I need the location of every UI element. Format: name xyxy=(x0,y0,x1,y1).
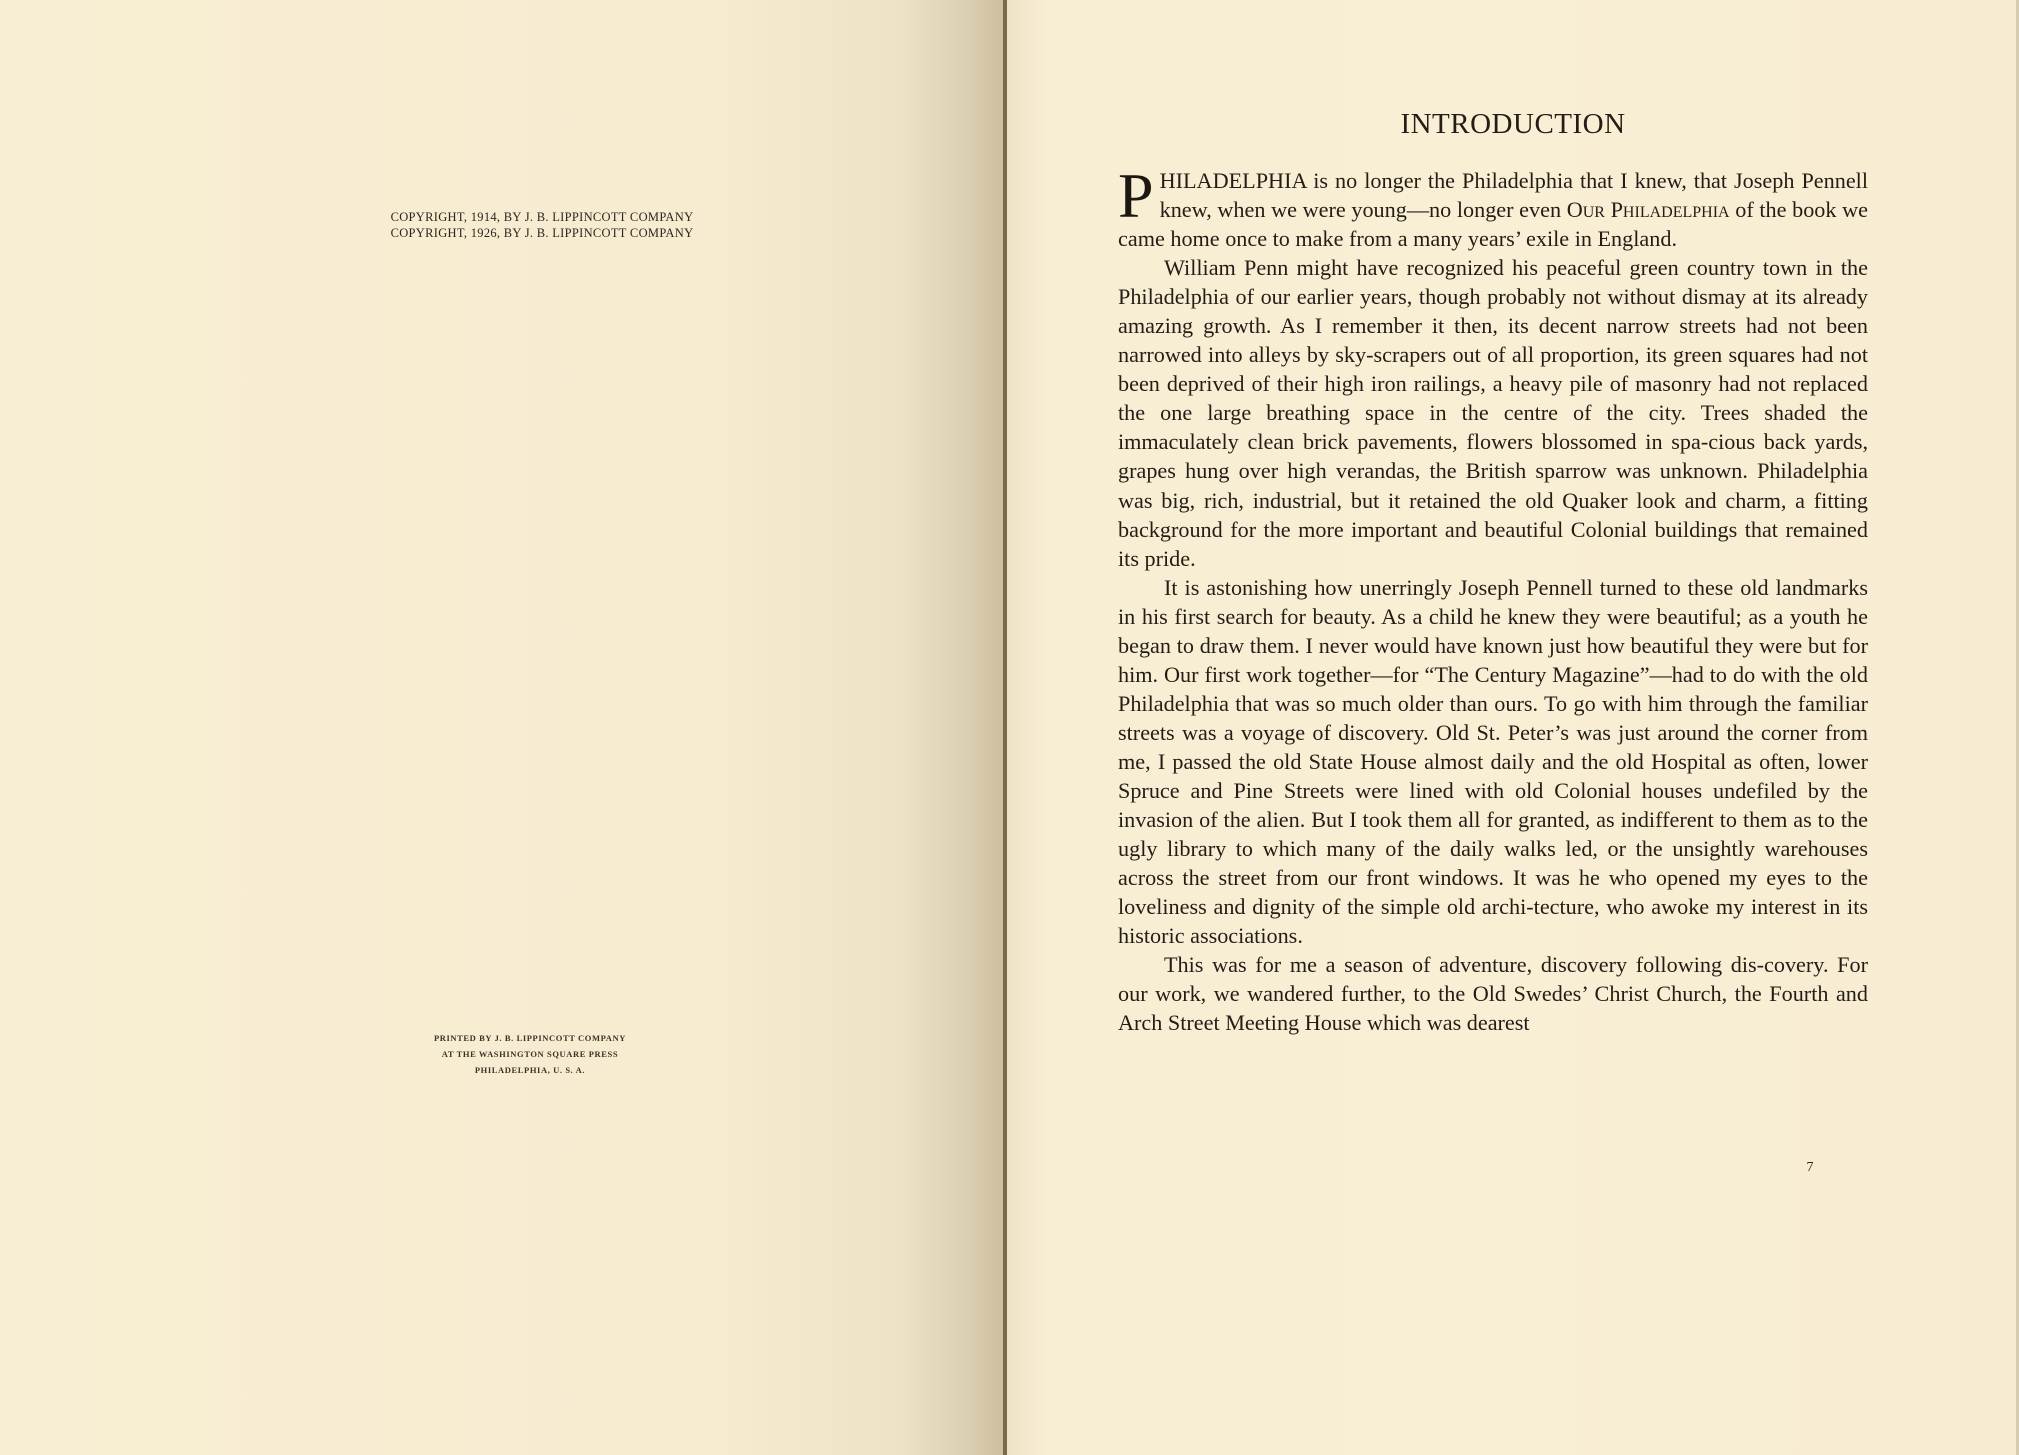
copyright-line-1926: COPYRIGHT, 1926, BY J. B. LIPPINCOTT COM… xyxy=(352,225,732,241)
paragraph-3: It is astonishing how unerringly Joseph … xyxy=(1118,573,1868,951)
copyright-line-1914: COPYRIGHT, 1914, BY J. B. LIPPINCOTT COM… xyxy=(352,209,732,225)
page-number: 7 xyxy=(1800,1160,1820,1176)
book-title-smallcaps: Our Philadelphia xyxy=(1567,197,1730,222)
chapter-title: INTRODUCTION xyxy=(1007,108,2019,141)
imprint-line-1: PRINTED BY J. B. LIPPINCOTT COMPANY xyxy=(400,1030,660,1046)
imprint-line-2: AT THE WASHINGTON SQUARE PRESS xyxy=(400,1046,660,1062)
paragraph-1: PHILADELPHIA is no longer the Philadelph… xyxy=(1118,166,1868,253)
paragraph-2: William Penn might have recognized his p… xyxy=(1118,253,1868,573)
copyright-notice: COPYRIGHT, 1914, BY J. B. LIPPINCOTT COM… xyxy=(352,209,732,241)
chapter-body: PHILADELPHIA is no longer the Philadelph… xyxy=(1118,166,1868,1037)
left-page: COPYRIGHT, 1914, BY J. B. LIPPINCOTT COM… xyxy=(0,0,1003,1455)
imprint-line-3: PHILADELPHIA, U. S. A. xyxy=(400,1062,660,1078)
paragraph-4: This was for me a season of adventure, d… xyxy=(1118,950,1868,1037)
drop-cap: P xyxy=(1118,170,1154,222)
printer-imprint: PRINTED BY J. B. LIPPINCOTT COMPANY AT T… xyxy=(400,1030,660,1078)
